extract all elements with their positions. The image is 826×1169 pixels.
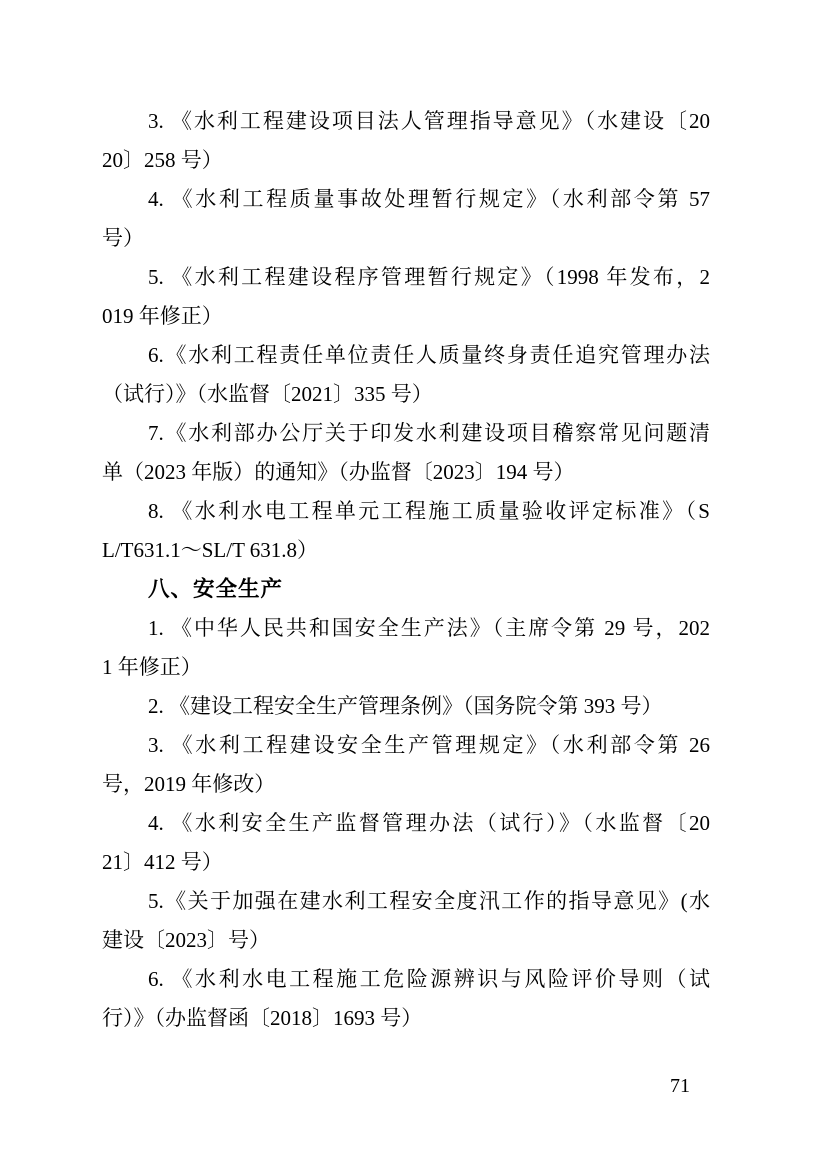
list-item-line: 6.《水利工程责任单位责任人质量终身责任追究管理办法	[102, 336, 710, 375]
list-item-line: 1. 《中华人民共和国安全生产法》（主席令第 29 号，202	[102, 609, 710, 648]
list-item-line: 019 年修正）	[102, 297, 710, 336]
list-item-line: 单（2023 年版）的通知》（办监督〔2023〕194 号）	[102, 453, 710, 492]
list-item-line: 号）	[102, 219, 710, 258]
list-item-line: 1 年修正）	[102, 648, 710, 687]
list-item-line: L/T631.1～SL/T 631.8）	[102, 531, 710, 570]
list-item-line: 5. 《水利工程建设程序管理暂行规定》（1998 年发布，2	[102, 258, 710, 297]
document-body: 3. 《水利工程建设项目法人管理指导意见》（水建设〔20 20〕258 号） 4…	[102, 102, 710, 1038]
page-number: 71	[670, 1074, 690, 1098]
list-item-line: 4. 《水利工程质量事故处理暂行规定》（水利部令第 57	[102, 180, 710, 219]
list-item-line: 号，2019 年修改）	[102, 765, 710, 804]
list-item-line: 3. 《水利工程建设安全生产管理规定》（水利部令第 26	[102, 726, 710, 765]
section-heading: 八、安全生产	[102, 570, 710, 609]
list-item-line: 8. 《水利水电工程单元工程施工质量验收评定标准》（S	[102, 492, 710, 531]
list-item-line: 4. 《水利安全生产监督管理办法（试行）》（水监督〔20	[102, 804, 710, 843]
list-item-line: 5.《关于加强在建水利工程安全度汛工作的指导意见》(水	[102, 882, 710, 921]
list-item-line: （试行）》（水监督〔2021〕335 号）	[102, 375, 710, 414]
document-page: 3. 《水利工程建设项目法人管理指导意见》（水建设〔20 20〕258 号） 4…	[0, 0, 826, 1169]
list-item-line: 行）》（办监督函〔2018〕1693 号）	[102, 999, 710, 1038]
list-item-line: 6. 《水利水电工程施工危险源辨识与风险评价导则（试	[102, 960, 710, 999]
list-item-line: 建设〔2023〕号）	[102, 921, 710, 960]
list-item-line: 20〕258 号）	[102, 141, 710, 180]
list-item-line: 7.《水利部办公厅关于印发水利建设项目稽察常见问题清	[102, 414, 710, 453]
list-item-line: 21〕412 号）	[102, 843, 710, 882]
list-item-line: 3. 《水利工程建设项目法人管理指导意见》（水建设〔20	[102, 102, 710, 141]
list-item-line: 2. 《建设工程安全生产管理条例》（国务院令第 393 号）	[102, 687, 710, 726]
